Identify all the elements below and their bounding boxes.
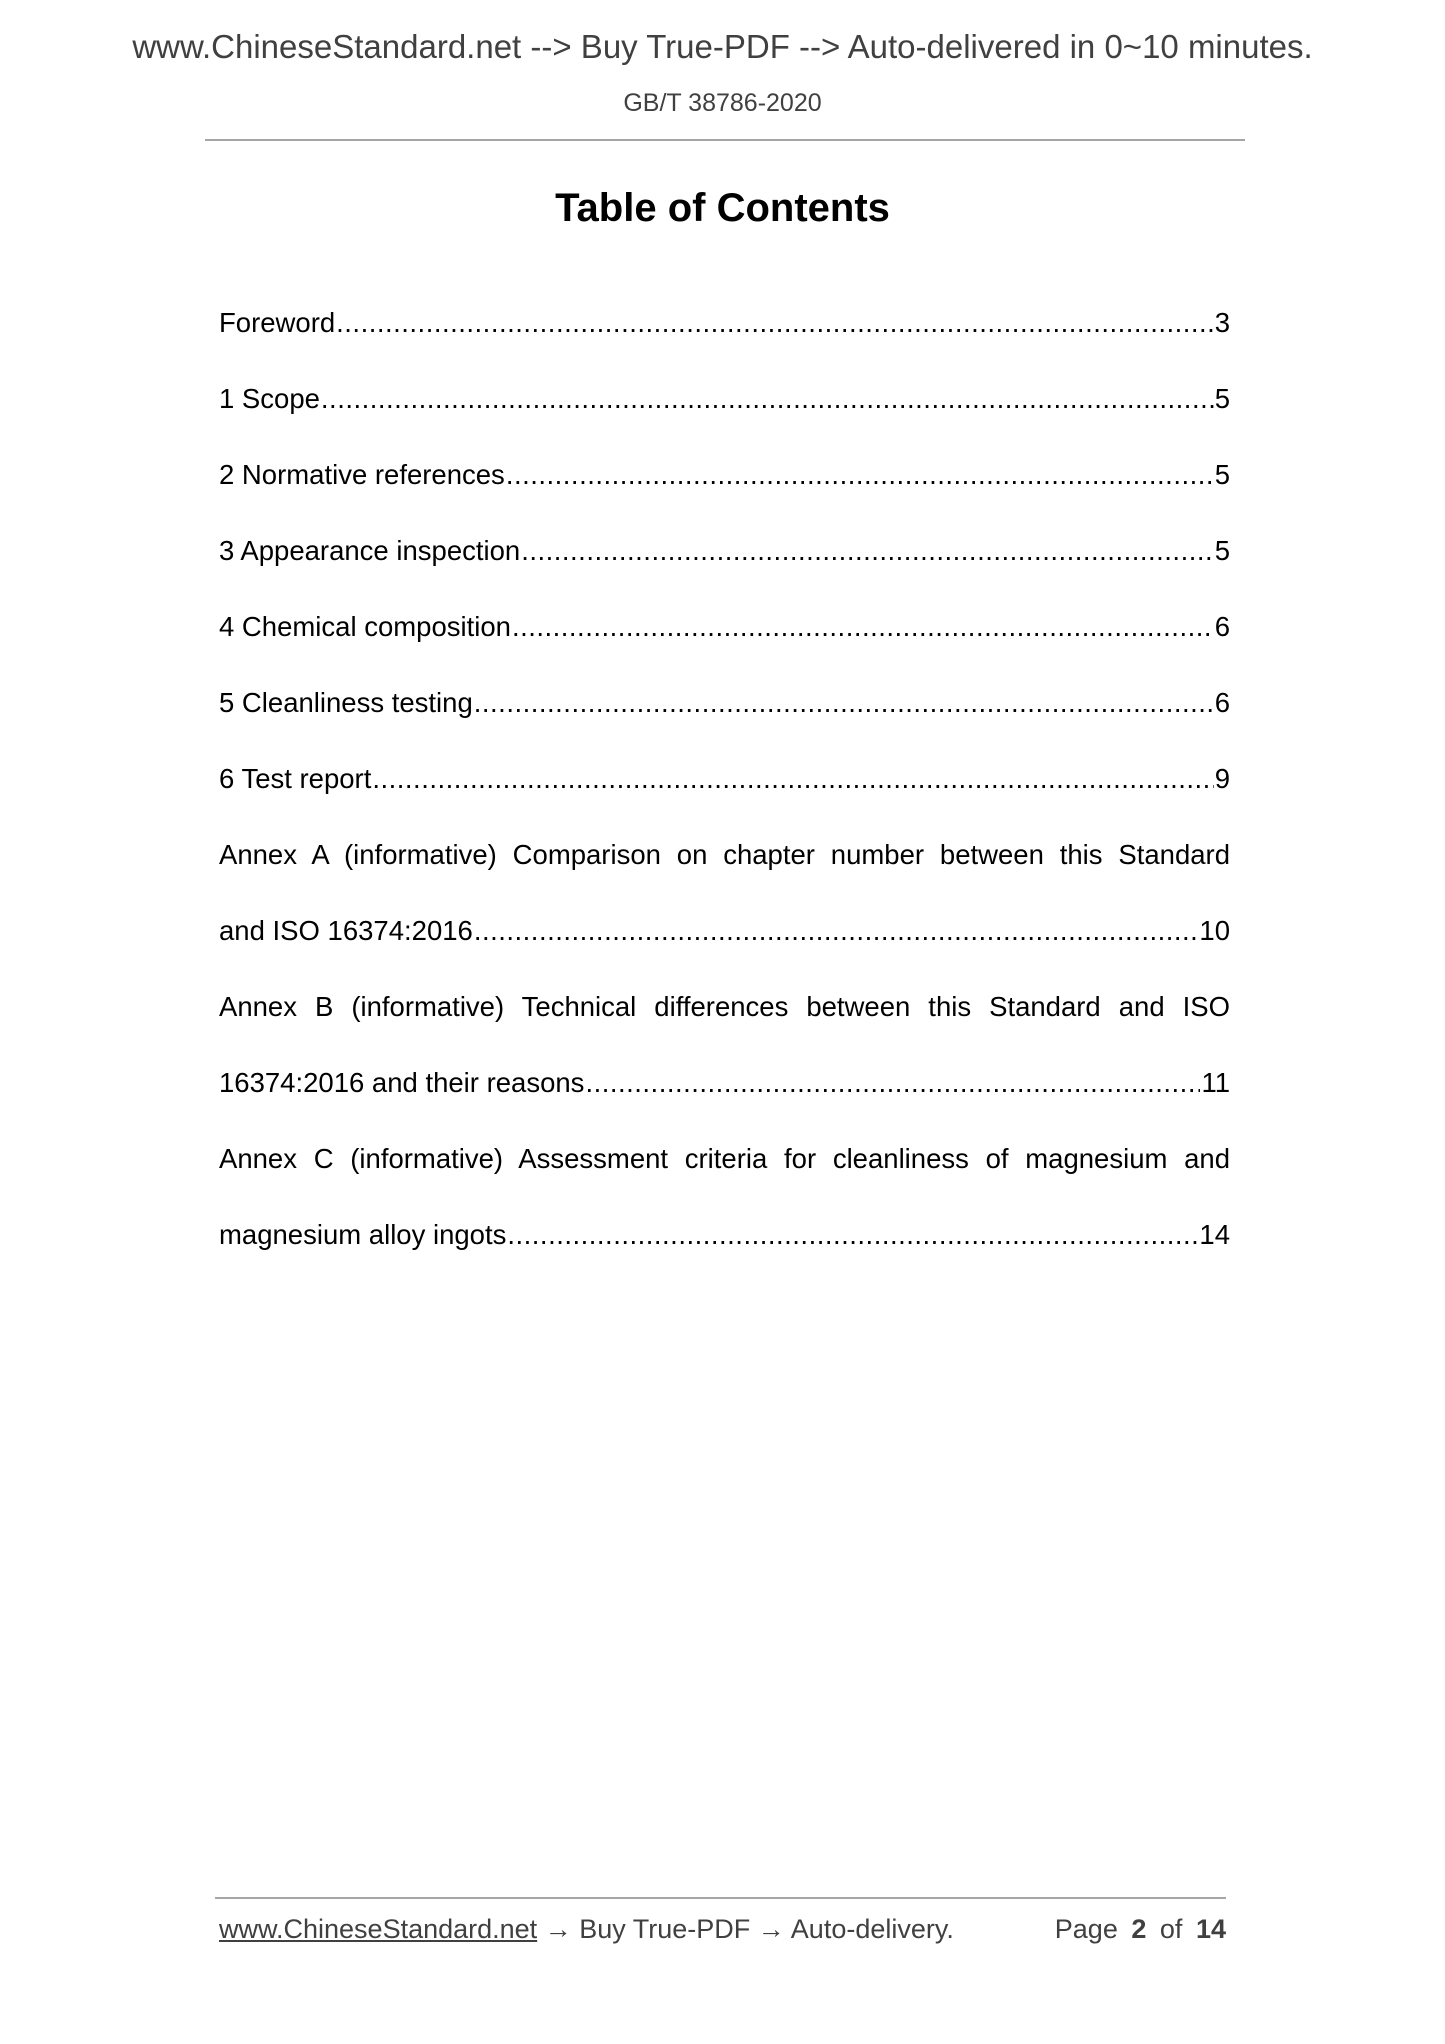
toc-entry-annex-a[interactable]: and ISO 16374:201610	[219, 912, 1230, 988]
total-pages: 14	[1196, 1914, 1226, 1944]
toc-entry-label: and ISO 16374:2016	[219, 912, 473, 950]
header-divider	[205, 139, 1245, 141]
page-footer: www.ChineseStandard.net → Buy True-PDF →…	[219, 1914, 1226, 1945]
toc-entry-normative-references[interactable]: 2 Normative references5	[219, 456, 1230, 532]
toc-page-number: 5	[1215, 456, 1230, 494]
toc-page-number: 5	[1215, 532, 1230, 570]
leader-dots	[506, 456, 1214, 494]
page-label: Page	[1055, 1914, 1118, 1944]
table-of-contents: Foreword3 1 Scope5 2 Normative reference…	[219, 304, 1230, 1292]
toc-entry-appearance-inspection[interactable]: 3 Appearance inspection5	[219, 532, 1230, 608]
toc-entry-label: magnesium alloy ingots	[219, 1216, 506, 1254]
toc-page-number: 9	[1215, 760, 1230, 798]
leader-dots	[474, 684, 1214, 722]
toc-entry-annex-b[interactable]: 16374:2016 and their reasons11	[219, 1064, 1230, 1140]
toc-entry-label: Foreword	[219, 304, 335, 342]
leader-dots	[521, 532, 1214, 570]
leader-dots	[507, 1216, 1198, 1254]
leader-dots	[474, 912, 1199, 950]
standard-number: GB/T 38786-2020	[0, 89, 1445, 118]
toc-entry-annex-c-line1[interactable]: Annex C (informative) Assessment criteri…	[219, 1140, 1230, 1216]
toc-entry-foreword[interactable]: Foreword3	[219, 304, 1230, 380]
page-title: Table of Contents	[0, 186, 1445, 231]
leader-dots	[585, 1064, 1200, 1102]
toc-entry-test-report[interactable]: 6 Test report9	[219, 760, 1230, 836]
toc-entry-annex-a-line1[interactable]: Annex A (informative) Comparison on chap…	[219, 836, 1230, 912]
leader-dots	[372, 760, 1213, 798]
arrow-right-icon: →	[545, 1914, 572, 1944]
toc-page-number: 3	[1215, 304, 1230, 342]
page-indicator: Page 2 of 14	[1055, 1914, 1226, 1945]
footer-buy-text: Buy True-PDF	[579, 1914, 750, 1944]
toc-page-number: 11	[1201, 1064, 1230, 1102]
toc-entry-cleanliness-testing[interactable]: 5 Cleanliness testing6	[219, 684, 1230, 760]
toc-entry-label: 2 Normative references	[219, 456, 505, 494]
toc-page-number: 6	[1215, 608, 1230, 646]
toc-page-number: 10	[1199, 912, 1230, 950]
toc-entry-label: 1 Scope	[219, 380, 320, 418]
header-banner: www.ChineseStandard.net --> Buy True-PDF…	[0, 28, 1445, 66]
toc-entry-annex-b-line1[interactable]: Annex B (informative) Technical differen…	[219, 988, 1230, 1064]
toc-entry-chemical-composition[interactable]: 4 Chemical composition6	[219, 608, 1230, 684]
footer-site-link[interactable]: www.ChineseStandard.net	[219, 1914, 537, 1944]
leader-dots	[321, 380, 1214, 418]
page-of-label: of	[1160, 1914, 1183, 1944]
toc-entry-label: 6 Test report	[219, 760, 371, 798]
leader-dots	[336, 304, 1214, 342]
toc-entry-label: 3 Appearance inspection	[219, 532, 520, 570]
toc-entry-label: 5 Cleanliness testing	[219, 684, 473, 722]
footer-promo: www.ChineseStandard.net → Buy True-PDF →…	[219, 1914, 954, 1945]
toc-entry-label: 4 Chemical composition	[219, 608, 511, 646]
toc-page-number: 6	[1215, 684, 1230, 722]
toc-page-number: 5	[1215, 380, 1230, 418]
toc-entry-label: 16374:2016 and their reasons	[219, 1064, 584, 1102]
toc-entry-annex-c[interactable]: magnesium alloy ingots14	[219, 1216, 1230, 1292]
footer-divider	[215, 1897, 1226, 1899]
footer-delivery-text: Auto-delivery.	[791, 1914, 954, 1944]
current-page: 2	[1131, 1914, 1146, 1944]
toc-entry-scope[interactable]: 1 Scope5	[219, 380, 1230, 456]
toc-page-number: 14	[1199, 1216, 1230, 1254]
leader-dots	[512, 608, 1214, 646]
arrow-right-icon: →	[758, 1914, 785, 1944]
